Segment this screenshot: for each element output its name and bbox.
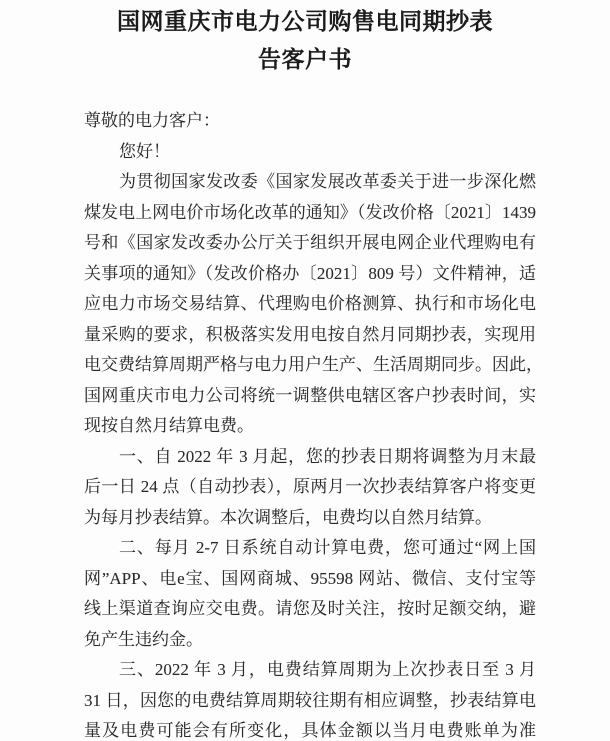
doc-line: 关事项的通知》（发改价格办〔2021〕809 号）文件精神，适 (84, 259, 536, 290)
doc-line: 网”APP、电e宝、国网商城、95598 网站、微信、支付宝等 (84, 564, 536, 595)
doc-line: 量采购的要求，积极落实发用电按自然月同期抄表，实现用 (84, 320, 536, 351)
doc-line: 二、每月 2-7 日系统自动计算电费，您可通过“网上国 (84, 533, 536, 564)
doc-line: 应电力市场交易结算、代理购电价格测算、执行和市场化电 (84, 289, 536, 320)
document-title-line-2: 告客户书 (0, 41, 610, 79)
document-title: 国网重庆市电力公司购售电同期抄表 告客户书 (0, 3, 610, 79)
doc-line: 号和《国家发改委办公厅关于组织开展电网企业代理购电有 (84, 228, 536, 259)
document-title-line-1: 国网重庆市电力公司购售电同期抄表 (0, 3, 610, 41)
doc-line: 一、自 2022 年 3 月起，您的抄表日期将调整为月末最 (84, 442, 536, 473)
doc-line: 现按自然月结算电费。 (84, 411, 536, 442)
doc-line: 电交费结算周期严格与电力用户生产、生活周期同步。因此， (84, 350, 536, 381)
doc-line: 后一日 24 点（自动抄表），原两月一次抄表结算客户将变更 (84, 472, 536, 503)
doc-line: 为贯彻国家发改委《国家发展改革委关于进一步深化燃 (84, 167, 536, 198)
document-body: 尊敬的电力客户：您好！为贯彻国家发改委《国家发展改革委关于进一步深化燃煤发电上网… (84, 106, 536, 741)
doc-line: 量及电费可能会有所变化，具体金额以当月电费账单为准 (84, 716, 536, 741)
doc-line: 您好！ (84, 137, 536, 168)
doc-line: 线上渠道查询应交电费。请您及时关注，按时足额交纳，避 (84, 594, 536, 625)
doc-line: 煤发电上网电价市场化改革的通知》（发改价格〔2021〕1439 (84, 198, 536, 229)
doc-line: 免产生违约金。 (84, 625, 536, 656)
doc-line: 尊敬的电力客户： (84, 106, 536, 137)
scanned-notice-page: 国网重庆市电力公司购售电同期抄表 告客户书 尊敬的电力客户：您好！为贯彻国家发改… (0, 0, 610, 741)
doc-line: 为每月抄表结算。本次调整后，电费均以自然月结算。 (84, 503, 536, 534)
doc-line: 31 日，因您的电费结算周期较往期有相应调整，抄表结算电 (84, 686, 536, 717)
doc-line: 国网重庆市电力公司将统一调整供电辖区客户抄表时间，实 (84, 381, 536, 412)
doc-line: 三、2022 年 3 月，电费结算周期为上次抄表日至 3 月 (84, 655, 536, 686)
